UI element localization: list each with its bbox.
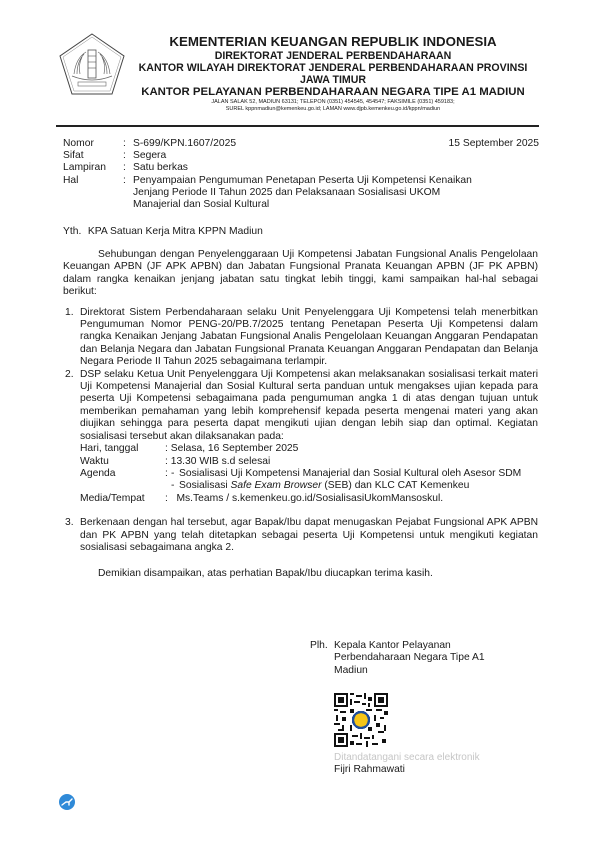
ministry-name: KEMENTERIAN KEUANGAN REPUBLIK INDONESIA (128, 34, 538, 50)
event-schedule: Hari, tanggal : Selasa, 16 September 202… (80, 443, 538, 505)
signer-name: Fijri Rahmawati (334, 764, 405, 775)
letterhead-divider (56, 125, 539, 127)
office-name: KANTOR PELAYANAN PERBENDAHARAAN NEGARA T… (128, 86, 538, 99)
meta-row-sifat: Sifat : Segera (63, 150, 539, 162)
schedule-media: Media/Tempat : Ms.Teams / s.kemenkeu.go.… (80, 493, 538, 505)
esign-note: Ditandatangani secara elektronik (334, 752, 480, 763)
list-item: 3. Berkenaan dengan hal tersebut, agar B… (63, 517, 538, 554)
schedule-agenda: Agenda : - Sosialisasi Uji Kompetensi Ma… (80, 468, 538, 493)
recipient-name: KPA Satuan Kerja Mitra KPPN Madiun (88, 226, 263, 237)
regional-office-name: KANTOR WILAYAH DIREKTORAT JENDERAL PERBE… (128, 62, 538, 74)
meta-row-hal: Hal : Penyampaian Pengumuman Penetapan P… (63, 175, 539, 212)
letter-meta: 15 September 2025 Nomor : S-699/KPN.1607… (63, 138, 539, 211)
office-contact: SUREL kppnmadiun@kemenkeu.go.id; LAMAN w… (128, 106, 538, 113)
letterhead: KEMENTERIAN KEUANGAN REPUBLIK INDONESIA … (128, 34, 538, 113)
bsre-verification-icon[interactable] (58, 793, 76, 811)
letter-body: Sehubungan dengan Penyelenggaraan Uji Ko… (63, 249, 538, 581)
signature-block: Plh.Kepala Kantor Pelayanan Perbendahara… (310, 640, 514, 677)
list-item: 1. Direktorat Sistem Perbendaharaan sela… (63, 307, 538, 369)
agenda-item: - Sosialisasi Uji Kompetensi Manajerial … (171, 468, 538, 480)
kemenkeu-emblem-icon (58, 32, 126, 98)
signer-prefix: Plh. (310, 640, 334, 652)
list-item: 2. DSP selaku Ketua Unit Penyelenggara U… (63, 369, 538, 505)
schedule-time: Waktu : 13.30 WIB s.d selesai (80, 456, 538, 468)
office-address: JALAN SALAK 52, MADIUN 63131; TELEPON (0… (128, 99, 538, 106)
intro-paragraph: Sehubungan dengan Penyelenggaraan Uji Ko… (63, 249, 538, 299)
qr-code-icon (334, 693, 388, 747)
closing-sentence: Demikian disampaikan, atas perhatian Bap… (63, 568, 538, 580)
directorate-name: DIREKTORAT JENDERAL PERBENDAHARAAN (128, 50, 538, 62)
meta-row-lampiran: Lampiran : Satu berkas (63, 162, 539, 174)
schedule-day: Hari, tanggal : Selasa, 16 September 202… (80, 443, 538, 455)
signer-title: Kepala Kantor Pelayanan Perbendaharaan N… (334, 640, 514, 677)
points-list: 1. Direktorat Sistem Perbendaharaan sela… (63, 307, 538, 555)
letter-date: 15 September 2025 (449, 138, 539, 150)
province-name: JAWA TIMUR (128, 74, 538, 86)
recipient: Yth. KPA Satuan Kerja Mitra KPPN Madiun (63, 226, 263, 238)
agenda-item: - Sosialisasi Safe Exam Browser (SEB) da… (171, 480, 538, 492)
letter-page: KEMENTERIAN KEUANGAN REPUBLIK INDONESIA … (0, 0, 595, 842)
